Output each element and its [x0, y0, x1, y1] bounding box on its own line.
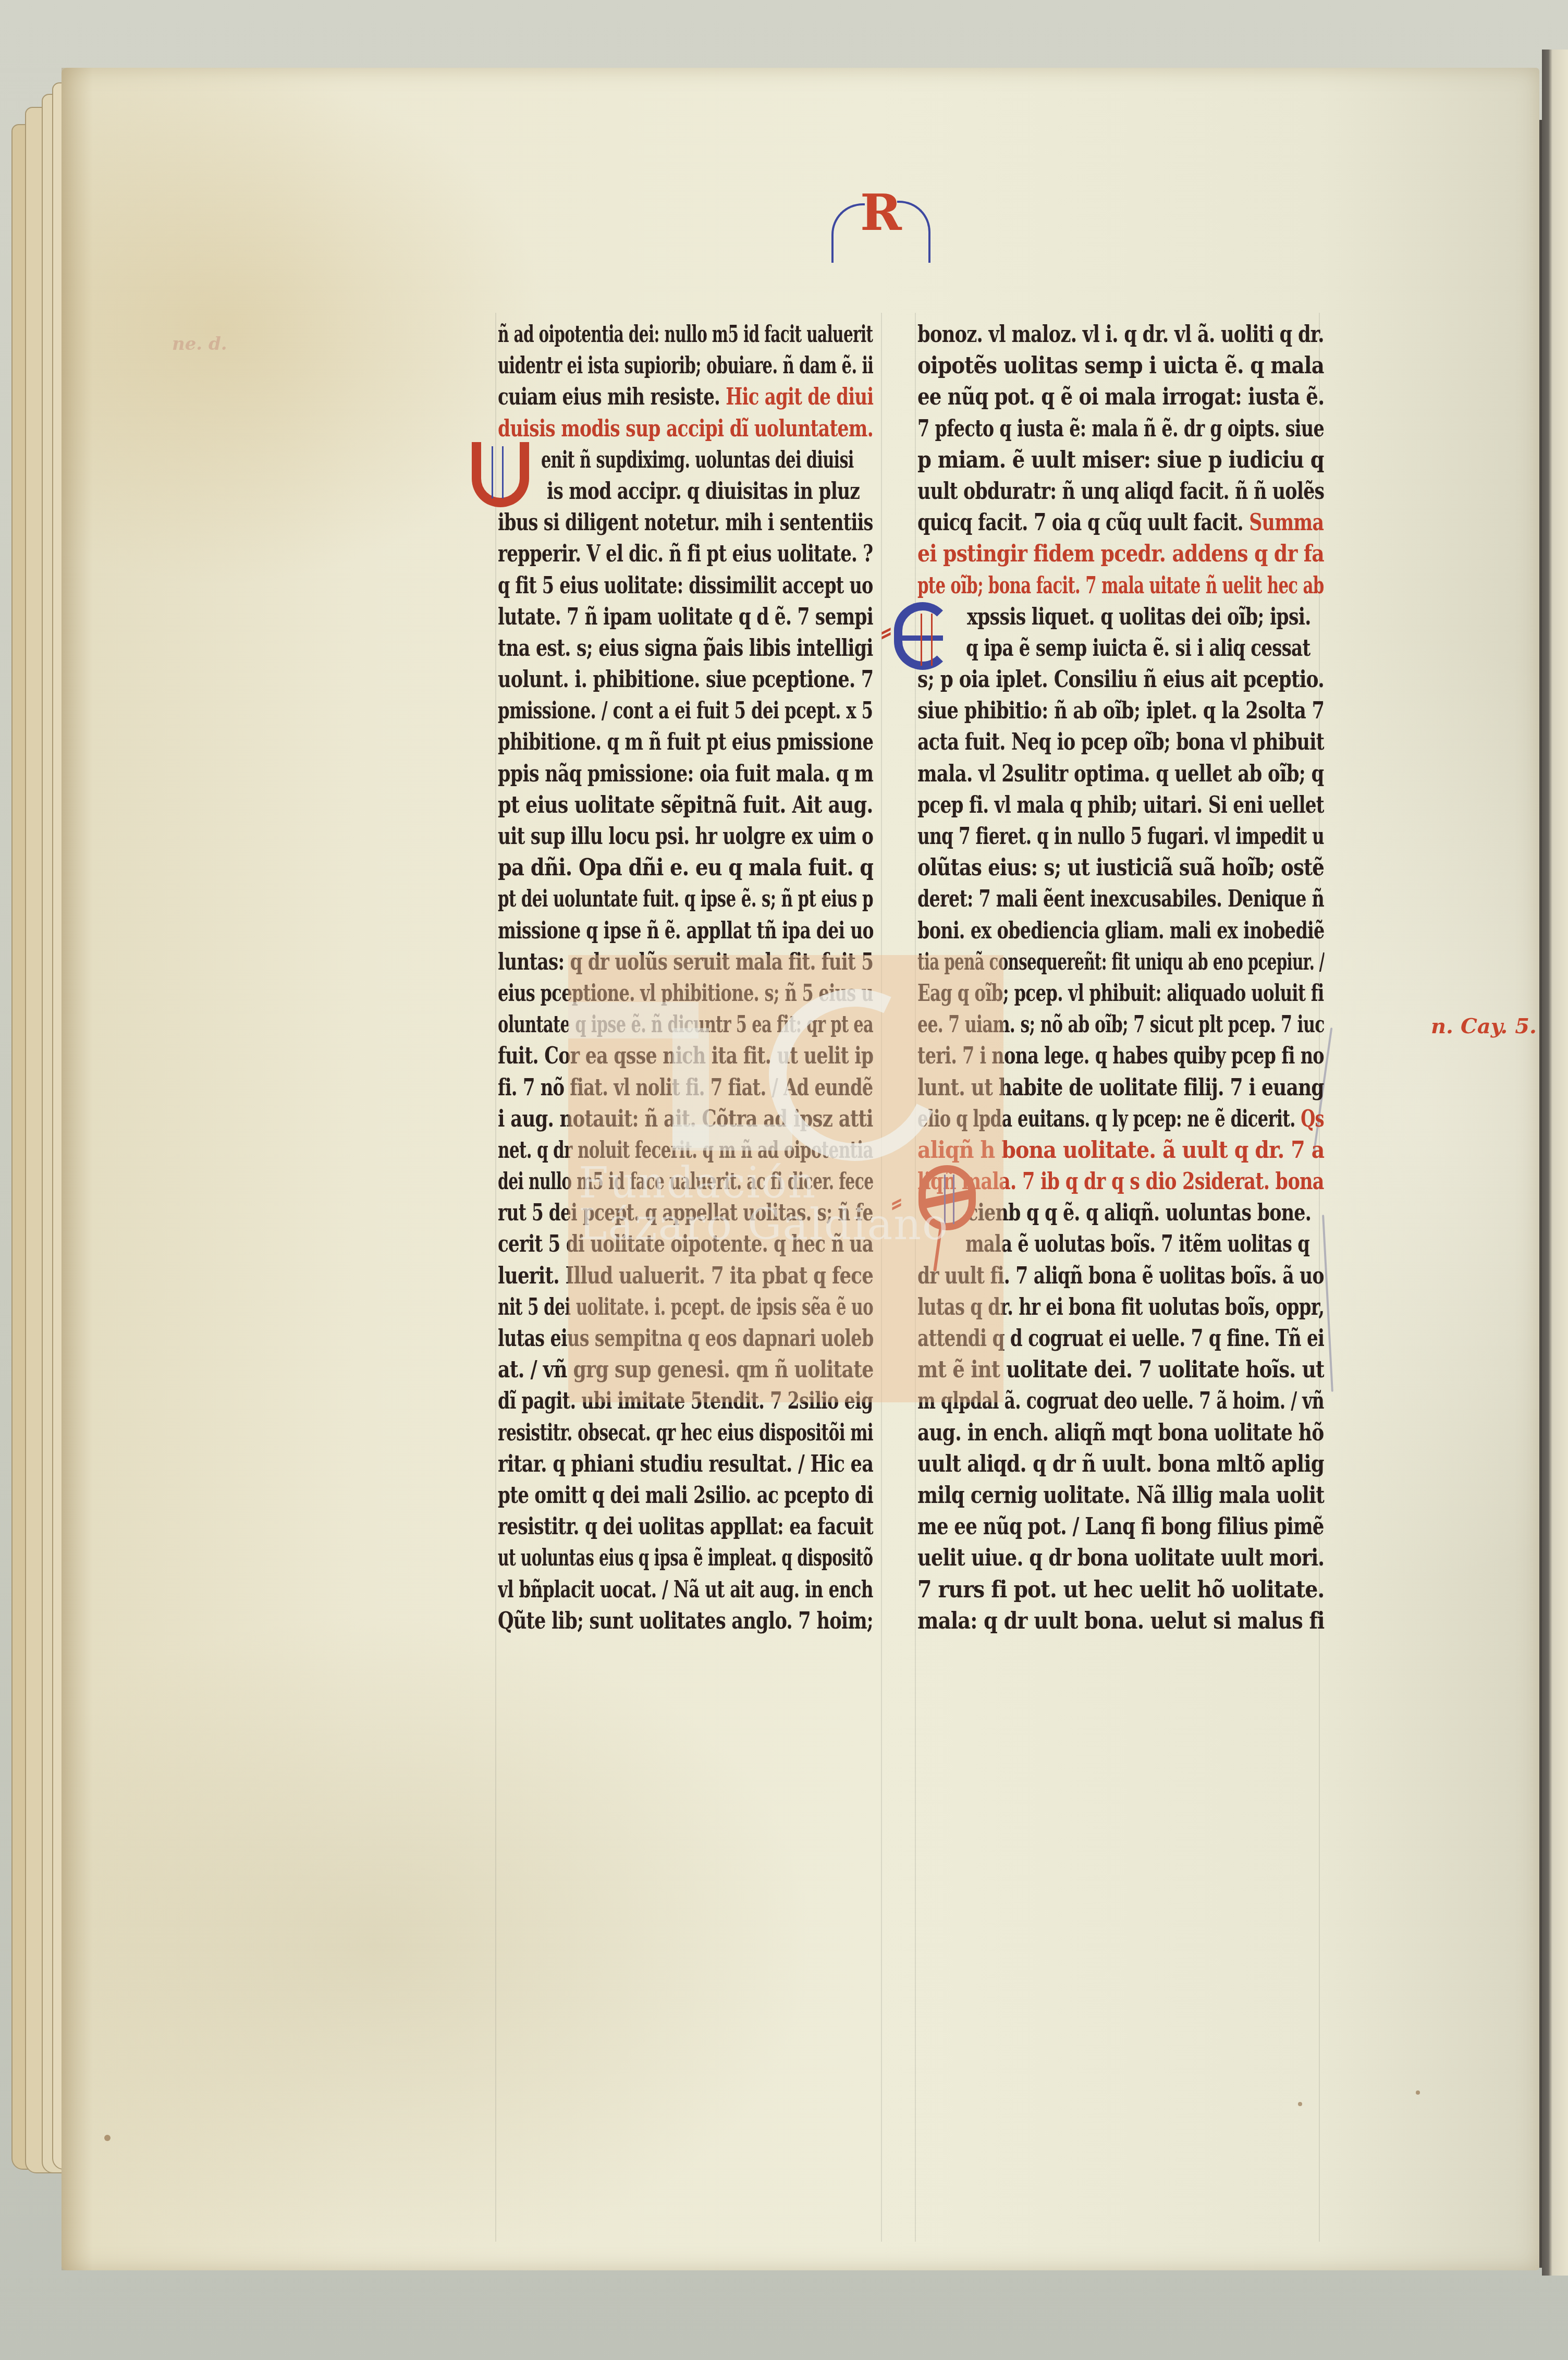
rubric-line: liqñ mala. 7 ib q dr q s dio 2siderat. b… [917, 1166, 1324, 1197]
text-line: q ipa ẽ semp iuicta ẽ. si i aliq cessat [917, 633, 1358, 664]
text-line: cienb q q ẽ. q aliqñ. uoluntas bone. [917, 1197, 1361, 1229]
text-line: nit 5 dei uolitate. i. pcept. de ipsis s… [498, 1292, 873, 1323]
text-line: acta fuit. Neq io pcep oĩb; bona vl phib… [917, 727, 1324, 758]
text-line: uidentr ei ista supiorib; obuiare. ñ dam… [498, 350, 873, 382]
text-line: quicq facit. 7 oia q cũq uult facit. Sum… [917, 507, 1324, 539]
text-line: q fit 5 eius uolitate: dissimilit accept… [498, 570, 873, 602]
running-header-monogram: R [831, 185, 936, 258]
rubric-line: ei pstingir fidem pcedr. addens q dr fa [917, 539, 1324, 570]
text-line: mala: q dr uult bona. uelut si malus fi [917, 1606, 1324, 1637]
text-line: dĩ pagit. ubi imitate 5tendit. 7 2silio … [498, 1386, 873, 1417]
text-line: repperir. V el dic. ñ fi pt eius uolitat… [498, 539, 873, 570]
blue-flourish-icon [897, 201, 930, 263]
paragraph-mark-icon: ⸗ [881, 613, 891, 649]
rubric-text: Summa [1249, 509, 1324, 536]
text-column-1: ñ ad oipotentia dei: nullo m5 id facit u… [498, 319, 873, 1637]
text-line: ppis nãq pmissione: oia fuit mala. q m [498, 759, 873, 790]
ruling-line [881, 313, 882, 2242]
text-line: fuit. Cor ea qsse nich ita fit. ut uelit… [498, 1041, 873, 1072]
paragraph-mark-icon: ⸗ [891, 1183, 902, 1220]
stain [104, 2135, 111, 2141]
rubric-line: aliqñ h bona uolitate. ã uult q dr. 7 a [917, 1135, 1324, 1166]
text-line: milq cernig uolitate. Nã illig mala uoli… [917, 1480, 1324, 1511]
text-line: rut 5 dei pcept. q appellat uolitas. s; … [498, 1197, 873, 1229]
text-line: enit ñ supdiximg. uoluntas dei diuisi [498, 445, 897, 476]
text-line: uult obduratr: ñ unq aliqd facit. ñ ñ uo… [917, 476, 1324, 507]
text-line: ee nũq pot. q ẽ oi mala irrogat: iusta ẽ… [917, 382, 1324, 413]
text-line: uult aliqd. q dr ñ uult. bona mltõ aplig [917, 1449, 1324, 1480]
text-line: ut uoluntas eius q ipsa ẽ impleat. q dis… [498, 1543, 873, 1574]
text-line: uelit uiue. q dr bona uolitate uult mori… [917, 1543, 1324, 1574]
text-line: eius pceptione. vl phibitione. s; ñ 5 ei… [498, 978, 873, 1009]
text-line: pa dñi. Opa dñi e. eu q mala fuit. q [498, 852, 873, 884]
text-line: resistitr. q dei uolitas appllat: ea fac… [498, 1511, 873, 1543]
text-line: vl bñplacit uocat. / Nã ut ait aug. in e… [498, 1574, 873, 1606]
stain [1298, 2102, 1302, 2106]
text-line: p miam. ẽ uult miser: siue p iudiciu q [917, 445, 1324, 476]
text-line: tna est. s; eius signa p̃ais libis intel… [498, 633, 873, 664]
text-line: at. / vñ grg sup genesi. qm ñ uolitate [498, 1354, 873, 1386]
text-line: uit sup illu locu psi. hr uolgre ex uim … [498, 821, 873, 852]
text-line: Eag q oĩb; pcep. vl phibuit: aliquado uo… [917, 978, 1324, 1009]
ruling-line [915, 313, 916, 2242]
text-line: deret: 7 mali ẽent inexcusabiles. Deniqu… [917, 884, 1324, 915]
decorated-initial-e [894, 602, 951, 670]
text-line: aug. in ench. aliqñ mqt bona uolitate hõ [917, 1417, 1324, 1449]
text-line: lutas eius sempitna q eos dapnari uoleb [498, 1323, 873, 1354]
text-line: 7 pfecto q iusta ẽ: mala ñ ẽ. dr g oipts… [917, 413, 1324, 445]
text-line: me ee nũq pot. / Lanq fi bong filius pim… [917, 1511, 1324, 1543]
running-header-letter: R [860, 188, 902, 238]
text-line: missione q ipse ñ ẽ. appllat tñ ipa dei … [498, 915, 873, 947]
text-line: pte omitt q dei mali 2silio. ac pcepto d… [498, 1480, 873, 1511]
text-line: phibitione. q m ñ fuit pt eius pmissione [498, 727, 873, 758]
text-line: dei nullo m5 id face ualuerit. ac fi dic… [498, 1166, 873, 1197]
text-line: teri. 7 i nona lege. q habes quiby pcep … [917, 1041, 1324, 1072]
text-line: lutas q dr. hr ei bona fit uolutas boĩs,… [917, 1292, 1324, 1323]
text-line: olũtas eius: s; ut iusticiã suã hoĩb; os… [917, 852, 1324, 884]
text-line: pmissione. / cont a ei fuit 5 dei pcept.… [498, 695, 873, 727]
text-line: 7 rurs fi pot. ut hec uelit hõ uolitate. [917, 1574, 1324, 1606]
margin-note-right: n. Cay. 5. [1431, 1014, 1537, 1038]
faint-margin-note: ne. d. [172, 334, 227, 354]
text-line: mala. vl 2sulitr optima. q uellet ab oĩb… [917, 759, 1324, 790]
text-line: mala ẽ uolutas boĩs. 7 itẽm uolitas q [917, 1229, 1357, 1260]
text-line: boni. ex obediencia gliam. mali ex inobe… [917, 915, 1324, 947]
text-line: ee. 7 uiam. s; nõ ab oĩb; 7 sicut plt pc… [917, 1009, 1324, 1041]
decorated-initial-s [918, 1165, 976, 1230]
pen-flourish-line [502, 446, 504, 498]
text-line: m qlpdal ã. cogruat deo uelle. 7 ã hoim.… [917, 1386, 1324, 1417]
ruling-line [495, 313, 496, 2242]
text-line: is mod accipr. q diuisitas in pluz [498, 476, 909, 507]
text-line: i aug. notauit: ñ ait. Cõtra ad ipsz att… [498, 1104, 873, 1135]
rubric-line: duisis modis sup accipi dĩ uoluntatem. [498, 413, 873, 445]
text-line: pcep fi. vl mala q phib; uitari. Si eni … [917, 790, 1324, 821]
decorated-initial-u [472, 442, 529, 507]
text-line: resistitr. obsecat. qr hec eius disposit… [498, 1417, 873, 1449]
text-line: pt dei uoluntate fuit. q ipse ẽ. s; ñ pt… [498, 884, 873, 915]
text-line: lutate. 7 ñ ipam uolitate q d ẽ. 7 sempi [498, 602, 873, 633]
text-line: attendi q d cogruat ei uelle. 7 q fine. … [917, 1323, 1324, 1354]
text-line: cerit 5 di uolitate oipotente. q hec ñ u… [498, 1229, 873, 1260]
text-line: uolunt. i. phibitione. siue pceptione. 7 [498, 664, 873, 695]
initial-crossbar [902, 635, 943, 641]
text-line: ibus si diligent notetur. mih i sententi… [498, 507, 873, 539]
stain [1416, 2090, 1420, 2095]
text-column-2: bonoz. vl maloz. vl i. q dr. vl ã. uolit… [917, 319, 1324, 1637]
text-line: oipotẽs uolitas semp i uicta ẽ. q mala [917, 350, 1324, 382]
pen-flourish-line [944, 1175, 946, 1224]
text-line: lunt. ut habite de uolitate filij. 7 i e… [917, 1072, 1324, 1104]
pen-flourish-line [921, 614, 922, 666]
text-line: dr uult fi. 7 aliqñ bona ẽ uolitas boĩs.… [917, 1261, 1324, 1292]
text-line: Qũte lib; sunt uolitates anglo. 7 hoim; [498, 1606, 873, 1637]
text-line: pt eius uolitate sẽpitnã fuit. Ait aug. [498, 790, 873, 821]
text-line: mt ẽ int uolitate dei. 7 uolitate hoĩs. … [917, 1354, 1324, 1386]
rubric-text: Qs [1301, 1106, 1324, 1132]
pen-flourish-line [953, 1175, 954, 1224]
text-line: tia penã consequereñt: fit uniqu ab eno … [917, 947, 1325, 978]
text-line: ritar. q phiani studiu resultat. / Hic e… [498, 1449, 873, 1480]
text-line: luntas: q dr uolũs seruit mala fit. fuit… [498, 947, 873, 978]
text-line: elio q lpda euitans. q ly pcep: ne ẽ dic… [917, 1104, 1324, 1135]
text-line: net. q dr noluit fecerit. q m ñ ad oipot… [498, 1135, 873, 1166]
rubric-text: Hic agit de diui [726, 384, 873, 410]
text-line: ñ ad oipotentia dei: nullo m5 id facit u… [498, 319, 873, 350]
text-line: bonoz. vl maloz. vl i. q dr. vl ã. uolit… [917, 319, 1324, 350]
text-line: oluntate q ipse ẽ. ñ dicuntr 5 ea fit: q… [498, 1009, 873, 1041]
rubric-line: pte oĩb; bona facit. 7 mala uitate ñ uel… [917, 570, 1324, 602]
initial-stroke [921, 1189, 973, 1209]
text-line: unq 7 fieret. q in nullo 5 fugari. vl im… [917, 821, 1324, 852]
pen-flourish-line [492, 446, 493, 498]
adjacent-leaf-edge [1542, 50, 1568, 2276]
text-line: siue phibitio: ñ ab oĩb; iplet. q la 2so… [917, 695, 1324, 727]
text-line: s; p oia iplet. Consiliu ñ eius ait pcep… [917, 664, 1324, 695]
text-line: luerit. Illud ualuerit. 7 ita pbat q fec… [498, 1261, 873, 1292]
text-line: cuiam eius mih resiste. Hic agit de diui [498, 382, 873, 413]
pen-flourish-line [931, 614, 933, 666]
text-line: xpssis liquet. q uolitas dei oĩb; ipsi. [917, 602, 1361, 633]
text-line: fi. 7 nõ fiat. vl nolit fi. 7 fiat. / Ad… [498, 1072, 873, 1104]
